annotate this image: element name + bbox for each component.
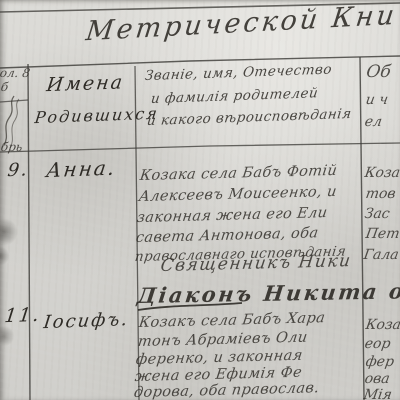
row2-details-line-1: Козакъ села Бабъ Хара (138, 310, 326, 331)
row1-right-fragment-3: Зас (363, 206, 390, 222)
header-margin-fragment-2: б (0, 80, 9, 94)
header-names-line-2: Родившихся (34, 104, 160, 127)
row1-right-fragment-4: Пет (364, 226, 400, 242)
row1-right-fragment-2: тов (364, 186, 396, 202)
header-parents-line-1: Званіе, имя, Отечество (144, 61, 333, 84)
margin-vertical-scribble (4, 96, 14, 145)
row2-right-fragment-2: еор (363, 336, 391, 352)
row2-right-fragment-1: Коза (364, 317, 400, 333)
row2-right-fragment-5: Мія (362, 387, 393, 400)
row1-clergy-line: Священникъ Ники (159, 251, 352, 276)
header-right-fragment-1: Об (365, 62, 392, 82)
header-right-fragment-3: ел (363, 114, 383, 130)
row2-right-fragment-4: ова (363, 371, 390, 387)
row1-details-line-1: Козака села Бабъ Фотій (139, 163, 338, 184)
header-right-fragment-2: и ч (364, 92, 389, 108)
row2-right-fragment-3: фер (364, 354, 395, 370)
header-margin-fragment-1: ол. 8 (0, 66, 31, 80)
row1-details-line-3: законная жена его Ели (136, 205, 329, 226)
row2-details-line-2: тонъ Абраміевъ Оли (137, 330, 309, 351)
row1-month-fragment: брь (0, 140, 24, 154)
page-title: Метрической Кни (84, 0, 399, 47)
row1-right-fragment-5: Гала (362, 247, 399, 263)
row1-details-line-2: Алексеевъ Моисеенко, и (138, 184, 338, 205)
row1-details-line-4: савета Антонова, оба (135, 225, 320, 246)
row2-entry-number: 11. (3, 304, 42, 327)
row2-child-name: Іосифъ. (42, 309, 130, 333)
row1-right-fragment-1: Коза (363, 165, 400, 181)
deacon-annotation: Діаконъ Никита ор (136, 278, 400, 308)
header-parents-line-3: и какого вѣроисповѣданія (146, 106, 353, 129)
header-names-line-1: Имена (45, 71, 125, 96)
header-parents-line-2: и фамилія родителей (150, 85, 319, 107)
row1-day-number: 9. (6, 159, 30, 181)
row1-child-name: Анна. (45, 156, 118, 183)
metrical-book-scan: Метрической Кни ол. 8 б Имена Родившихся… (0, 0, 400, 400)
